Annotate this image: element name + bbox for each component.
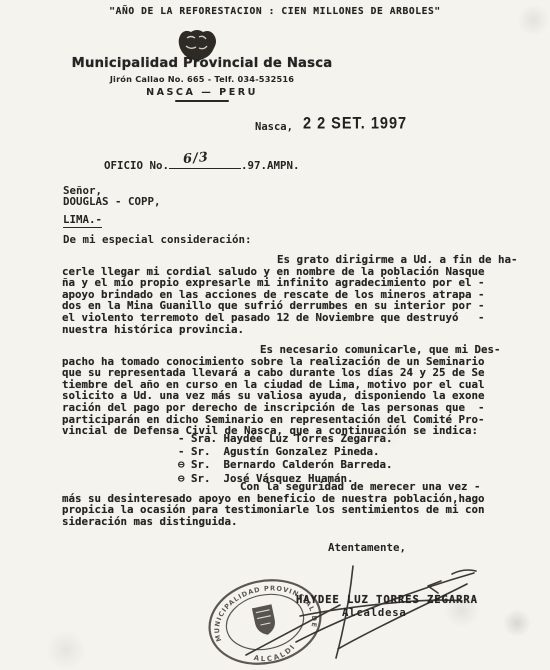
attendee-item: - Sra. Haydée Luz Torres Zegarra.	[178, 432, 393, 445]
signatory-name: HAYDEE LUZ TORRES ZEGARRA	[296, 594, 478, 606]
letter-line: el violento terremoto del pasado 12 de N…	[62, 312, 514, 324]
paragraph-2: Es necesario comunicarle, que mi Des- pa…	[62, 344, 514, 437]
oficio-prefix: OFICIO No.	[104, 159, 169, 172]
date-stamp: 2 2 SET. 1997	[303, 115, 407, 133]
year-slogan: "AÑO DE LA REFORESTACION : CIEN MILLONES…	[0, 6, 550, 17]
signatory-title: Alcaldesa	[342, 607, 407, 619]
letter-line: Con la seguridad de merecer una vez -	[62, 481, 514, 493]
letter-line: Es grato dirigirme a Ud. a fin de ha-	[62, 254, 514, 266]
attendee-item: - Sr. Agustín Gonzalez Pineda.	[178, 445, 393, 458]
seal-shield-icon	[252, 604, 278, 637]
closing-line: Atentamente,	[328, 541, 406, 554]
dateline-place: Nasca,	[255, 121, 293, 133]
org-city-line: NASCA — PERU	[66, 87, 338, 98]
alcaldia-seal-icon: MUNICIPALIDAD PROVINCIAL DE NASCA ALCALD…	[196, 574, 334, 670]
recipient-city: LIMA.-	[63, 213, 102, 226]
oficio-number-blank: 6/3	[169, 157, 241, 169]
attendee-item: ⊖ Sr. Bernardo Calderón Barreda.	[178, 458, 393, 471]
oficio-line: OFICIO No.6/3.97.AMPN.	[104, 157, 300, 172]
letterhead-rule	[175, 100, 229, 102]
oficio-suffix: .97.AMPN.	[241, 159, 300, 172]
paragraph-3: Con la seguridad de merecer una vez - má…	[62, 481, 514, 527]
org-name: Municipalidad Provincial de Nasca	[66, 56, 338, 71]
letterhead: Municipalidad Provincial de Nasca Jirón …	[66, 56, 338, 102]
org-address: Jirón Callao No. 665 - Telf. 034-532516	[66, 74, 338, 84]
letter-line: Es necesario comunicarle, que mi Des-	[62, 344, 514, 356]
paragraph-1: Es grato dirigirme a Ud. a fin de ha- ce…	[62, 254, 514, 335]
oficio-number-handwritten: 6/3	[182, 150, 209, 167]
letter-line: nuestra histórica provincia.	[62, 324, 514, 336]
scanned-letter-page: "AÑO DE LA REFORESTACION : CIEN MILLONES…	[0, 0, 550, 670]
attendee-list: - Sra. Haydée Luz Torres Zegarra. - Sr. …	[178, 432, 393, 485]
recipient-name: DOUGLAS - COPP,	[63, 195, 161, 208]
greeting-line: De mi especial consideración:	[63, 233, 252, 246]
letter-line: sideración mas distinguida.	[62, 516, 514, 528]
letter-line: ración del pago por derecho de inscripci…	[62, 402, 514, 414]
